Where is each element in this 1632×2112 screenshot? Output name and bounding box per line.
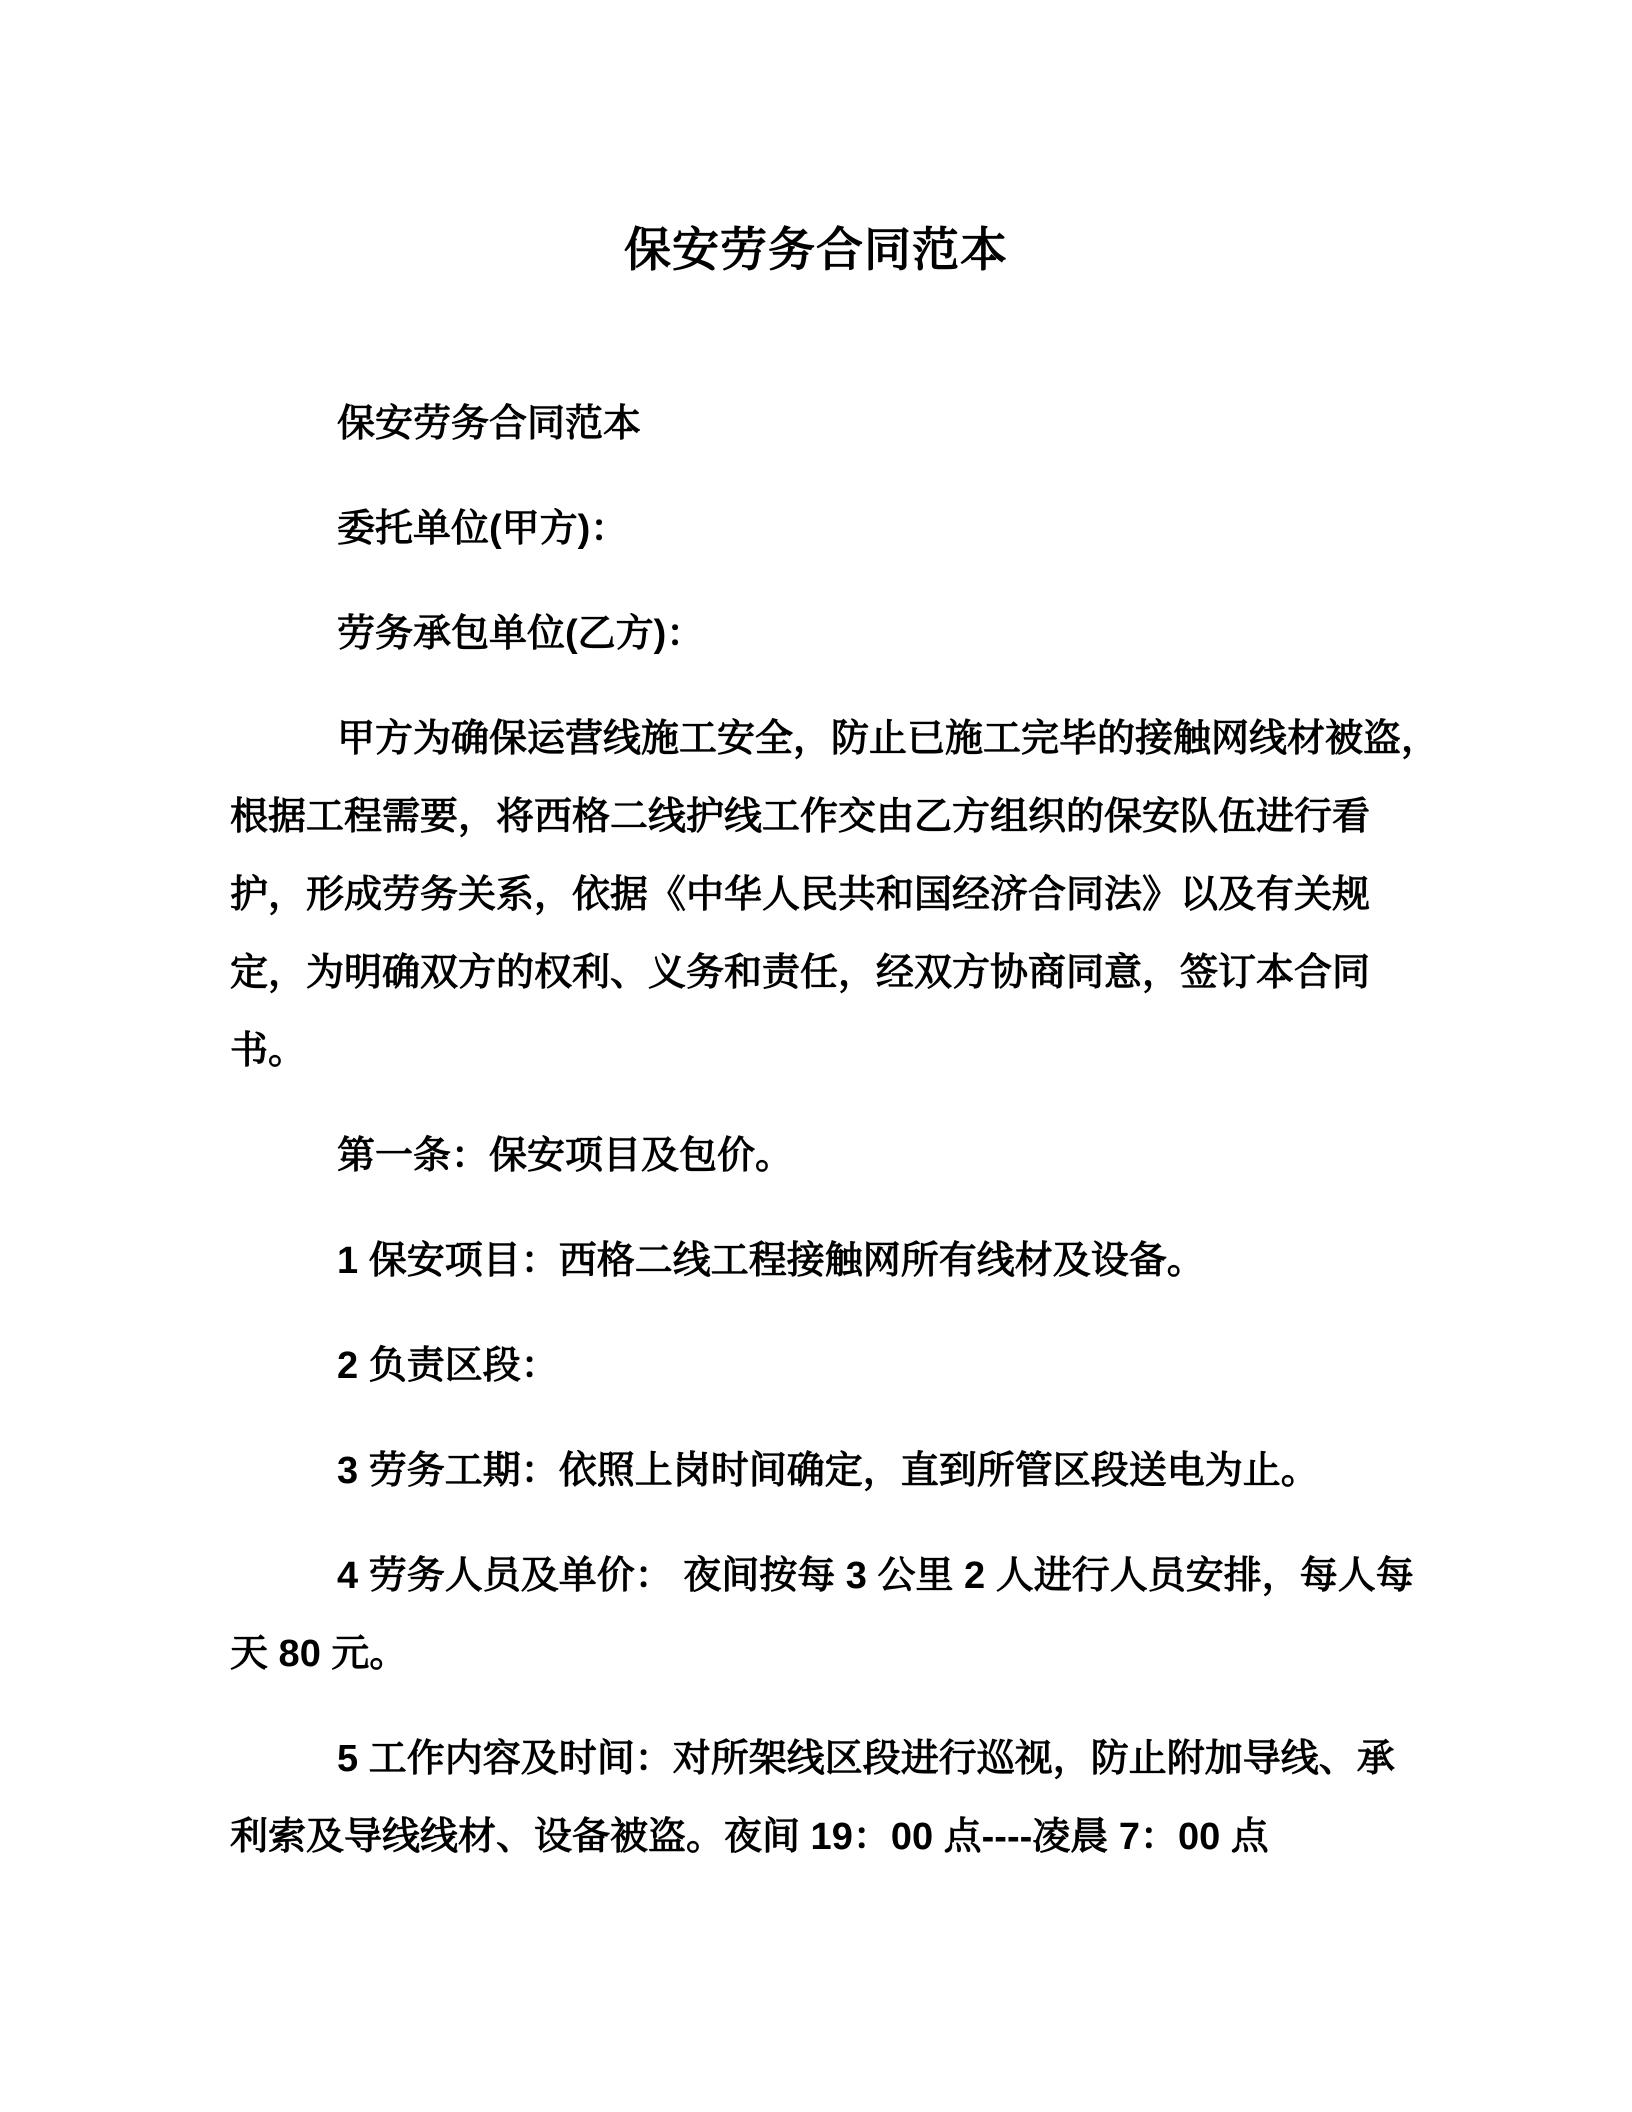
document-body: 保安劳务合同范本 委托单位(甲方)： 劳务承包单位(乙方)： 甲方为确保运营线施… — [230, 385, 1406, 1903]
paragraph: 劳务承包单位(乙方)： — [230, 595, 1406, 673]
paragraph: 第一条：保安项目及包价。 — [230, 1117, 1406, 1195]
text-line: 4 劳务人员及单价： 夜间按每 3 公里 2 人进行人员安排，每人每 — [230, 1537, 1406, 1615]
text-line: 甲方为确保运营线施工安全，防止已施工完毕的接触网线材被盗， — [230, 700, 1406, 778]
text-line: 根据工程需要，将西格二线护线工作交由乙方组织的保安队伍进行看 — [230, 778, 1406, 856]
document-page: 保安劳务合同范本 保安劳务合同范本 委托单位(甲方)： 劳务承包单位(乙方)： … — [0, 0, 1632, 2112]
text-line: 定，为明确双方的权利、义务和责任，经双方协商同意，签订本合同 — [230, 934, 1406, 1012]
text-line: 利索及导线线材、设备被盗。夜间 19：00 点----凌晨 7：00 点 — [230, 1798, 1406, 1876]
paragraph: 甲方为确保运营线施工安全，防止已施工完毕的接触网线材被盗， 根据工程需要，将西格… — [230, 700, 1406, 1090]
text-line: 护，形成劳务关系，依据《中华人民共和国经济合同法》以及有关规 — [230, 856, 1406, 934]
text-line: 3 劳务工期：依照上岗时间确定，直到所管区段送电为止。 — [230, 1432, 1406, 1510]
text-line: 5 工作内容及时间：对所架线区段进行巡视，防止附加导线、承 — [230, 1720, 1406, 1798]
text-line: 劳务承包单位(乙方)： — [230, 595, 1406, 673]
paragraph: 1 保安项目：西格二线工程接触网所有线材及设备。 — [230, 1222, 1406, 1300]
document-title: 保安劳务合同范本 — [0, 218, 1632, 282]
text-line: 2 负责区段： — [230, 1327, 1406, 1405]
paragraph: 4 劳务人员及单价： 夜间按每 3 公里 2 人进行人员安排，每人每 天 80 … — [230, 1537, 1406, 1693]
text-line: 天 80 元。 — [230, 1615, 1406, 1693]
text-line: 委托单位(甲方)： — [230, 490, 1406, 568]
paragraph: 3 劳务工期：依照上岗时间确定，直到所管区段送电为止。 — [230, 1432, 1406, 1510]
text-line: 1 保安项目：西格二线工程接触网所有线材及设备。 — [230, 1222, 1406, 1300]
text-line: 书。 — [230, 1012, 1406, 1090]
paragraph: 2 负责区段： — [230, 1327, 1406, 1405]
text-line: 保安劳务合同范本 — [230, 385, 1406, 463]
paragraph: 委托单位(甲方)： — [230, 490, 1406, 568]
paragraph: 保安劳务合同范本 — [230, 385, 1406, 463]
text-line: 第一条：保安项目及包价。 — [230, 1117, 1406, 1195]
paragraph: 5 工作内容及时间：对所架线区段进行巡视，防止附加导线、承 利索及导线线材、设备… — [230, 1720, 1406, 1876]
